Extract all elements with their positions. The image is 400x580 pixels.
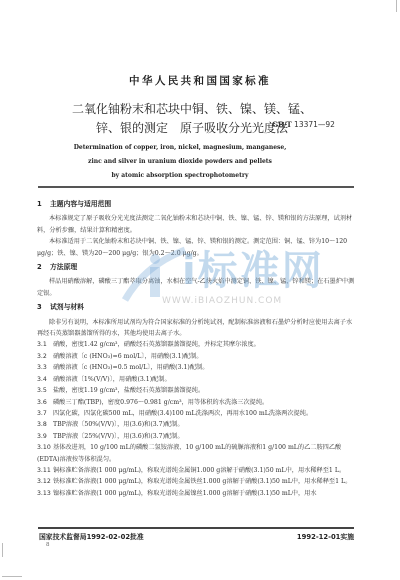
item-text: TBP溶液〔50%(V/V)〕，用(3.6)和(3.7)配制。 (53, 421, 184, 428)
list-item: 3.1硝酸，密度1.42 g/cm³，硝酸经石英蒸馏器蒸馏提纯，并标定其摩尔浓度… (37, 339, 357, 350)
document-page: 中华人民共和国国家标准 二氧化铀粉末和芯块中铜、铁、镍、镁、锰、 锌、银的测定 … (0, 0, 400, 580)
section-title: 试剂与材料 (50, 303, 84, 311)
footer-divider (38, 527, 354, 529)
item-number: 3.8 (37, 419, 53, 430)
scan-edge-mark (2, 576, 22, 577)
standard-code-prefix: GB/T (272, 120, 292, 129)
paragraph: 本标准适用于二氧化铀粉末和芯块中铜、铁、镍、锰、锌、镁和银的测定。测定范围：铜、… (37, 236, 357, 259)
item-text: 铜标准贮备溶液(1 000 μg/mL)，称取光谱纯金属铜1.000 g溶解于硝… (53, 467, 345, 474)
scan-edge-mark (2, 543, 3, 557)
item-text: 镍标准贮备溶液(1 000 μg/mL)，称取光谱纯金属镍丝1.000 g溶解于… (53, 490, 317, 497)
item-text: 铁标准贮备溶液(1 000 μg/mL)，称取光谱纯金属铁丝1.000 g溶解于… (53, 478, 351, 485)
list-item: 3.13镍标准贮备溶液(1 000 μg/mL)，称取光谱纯金属镍丝1.000 … (37, 488, 357, 499)
list-item: 3.6磷酸三丁酯(TBP)，密度0.976～0.981 g/cm³，用等体积的水… (37, 397, 357, 408)
section-heading-1: 1主题内容与适用范围 (37, 199, 357, 210)
header-divider (38, 186, 354, 188)
list-item: 3.3硝酸溶液〔c (HNO₃)=0.5 mol/L〕，用硝酸(3.1)配制。 (37, 362, 357, 373)
item-number: 3.10 (37, 442, 53, 453)
list-item: 3.8TBP溶液〔50%(V/V)〕，用(3.6)和(3.7)配制。 (37, 419, 357, 430)
document-title-cn: 二氧化铀粉末和芯块中铜、铁、镍、镁、锰、 锌、银的测定 原子吸收分光光度法 (62, 100, 322, 138)
title-cn-line-1: 二氧化铀粉末和芯块中铜、铁、镍、镁、锰、 (62, 100, 322, 119)
section-heading-2: 2方法原理 (37, 262, 357, 273)
item-text: TBP溶液〔25%(V/V)〕，用(3.6)和(3.7)配制。 (53, 433, 184, 440)
item-text: 四氯化碳，四氯化碳500 mL，用硝酸(3.4)100 mL洗涤两次，再用水10… (53, 410, 312, 417)
section-number: 2 (37, 262, 50, 273)
title-en-line-2: zinc and silver in uranium dioxide powde… (40, 155, 320, 169)
section-title: 方法原理 (50, 263, 77, 271)
item-number: 3.11 (37, 465, 53, 476)
item-number: 3.5 (37, 385, 53, 396)
item-text: 盐酸，密度1.19 g/cm³，盐酸经石英蒸馏器蒸馏提纯。 (53, 387, 204, 394)
list-item: 3.7四氯化碳，四氯化碳500 mL，用硝酸(3.4)100 mL洗涤两次，再用… (37, 408, 357, 419)
list-item: 3.11铜标准贮备溶液(1 000 μg/mL)，称取光谱纯金属铜1.000 g… (37, 465, 357, 476)
item-text: 硝酸溶液〔c (HNO₃)=6 mol/L〕，用硝酸(3.1)配制。 (53, 353, 202, 360)
implementation-date: 1992-12-01实施 (297, 531, 354, 541)
title-en-line-1: Determination of copper, iron, nickel, m… (40, 141, 320, 155)
page-number: 8 (46, 542, 50, 548)
approval-date: 国家技术监督局1992-02-02批准 (39, 531, 144, 541)
item-number: 3.4 (37, 374, 53, 385)
item-number: 3.9 (37, 431, 53, 442)
item-number: 3.3 (37, 362, 53, 373)
list-item: 3.2硝酸溶液〔c (HNO₃)=6 mol/L〕，用硝酸(3.1)配制。 (37, 351, 357, 362)
list-item: 3.12铁标准贮备溶液(1 000 μg/mL)，称取光谱纯金属铁丝1.000 … (37, 476, 357, 487)
item-number: 3.1 (37, 339, 53, 350)
list-item: 3.4硝酸溶液〔1%(V/V)〕，用硝酸(3.1)配制。 (37, 374, 357, 385)
section-heading-3: 3试剂与材料 (37, 302, 357, 313)
section-number: 3 (37, 302, 50, 313)
paragraph: 本标准规定了原子吸收分光光度法测定二氧化铀粉末和芯块中铜、铁、镍、锰、锌、镁和银… (37, 213, 357, 236)
item-number: 3.12 (37, 476, 53, 487)
item-number: 3.2 (37, 351, 53, 362)
standard-code-number: 13371—92 (292, 120, 335, 129)
item-number: 3.7 (37, 408, 53, 419)
item-text: 硝酸溶液〔c (HNO₃)=0.5 mol/L〕，用硝酸(3.1)配制。 (53, 364, 208, 371)
national-standard-heading: 中华人民共和国国家标准 (0, 73, 400, 88)
item-number: 3.13 (37, 488, 53, 499)
paragraph: 除非另有说明，本标准所用试剂均为符合国家标准的分析纯试剂，配制标准溶液和石墨炉分… (37, 317, 357, 340)
item-text: 硝酸溶液〔1%(V/V)〕，用硝酸(3.1)配制。 (53, 376, 171, 383)
document-body: 1主题内容与适用范围 本标准规定了原子吸收分光光度法测定二氧化铀粉末和芯块中铜、… (37, 196, 357, 499)
item-text: 基体改进剂，10 g/100 mL的磷酸二氢铵溶液、10 g/100 mL的硫脲… (37, 444, 341, 462)
scan-edge-mark (396, 0, 397, 12)
item-text: 硝酸，密度1.42 g/cm³，硝酸经石英蒸馏器蒸馏提纯，并标定其摩尔浓度。 (53, 341, 260, 348)
list-item: 3.10基体改进剂，10 g/100 mL的磷酸二氢铵溶液、10 g/100 m… (37, 442, 357, 465)
section-title: 主题内容与适用范围 (50, 200, 111, 208)
list-item: 3.5盐酸，密度1.19 g/cm³，盐酸经石英蒸馏器蒸馏提纯。 (37, 385, 357, 396)
item-text: 磷酸三丁酯(TBP)，密度0.976～0.981 g/cm³，用等体积的水洗涤三… (53, 399, 268, 406)
standard-code: GB/T 13371—92 (272, 120, 335, 129)
item-number: 3.6 (37, 397, 53, 408)
document-title-en: Determination of copper, iron, nickel, m… (40, 141, 320, 183)
list-item: 3.9TBP溶液〔25%(V/V)〕，用(3.6)和(3.7)配制。 (37, 431, 357, 442)
paragraph: 样品用硝酸溶解，磷酸三丁酯萃取分离铀，水相在空气-乙炔火焰中测定铜、铁、镍、锰、… (37, 276, 357, 299)
section-number: 1 (37, 199, 50, 210)
title-en-line-3: by atomic absorption spectrophotometry (40, 169, 320, 183)
